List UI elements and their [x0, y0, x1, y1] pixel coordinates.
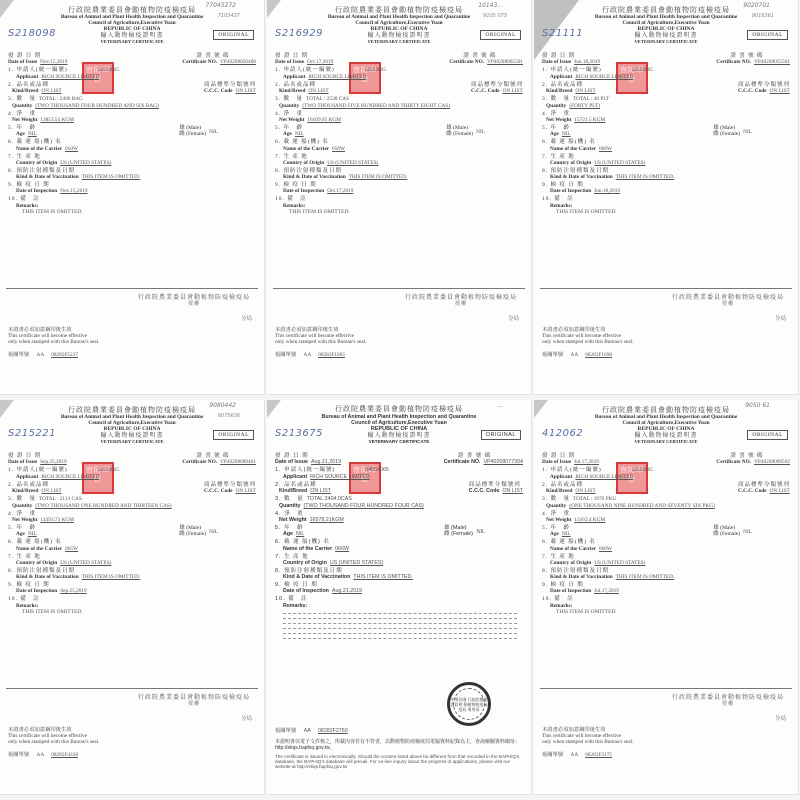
origin-label: Country of Origin	[16, 560, 57, 566]
ccc-label: C.C.C. Code	[204, 488, 233, 494]
carrier-row: 6. 載 運 船(機) 名 Name of the Carrier060W	[542, 539, 790, 552]
origin-row: 7. 生 產 地 Country of OriginUS (UNITED STA…	[275, 554, 523, 567]
certificate-body: 發 證 日 期 Date of IssueOct.17,2019 證 書 號 碼…	[275, 53, 523, 216]
cert-no-label: Certificate NO.	[449, 59, 484, 65]
serial-number: 08282F5237	[51, 352, 78, 358]
certificate-number: 證 書 號 碼 Certificate NO.VP40208088401	[182, 453, 256, 466]
date-of-issue-label: Date of Issue	[542, 59, 571, 65]
inspection-value: Aug.21,2019	[332, 588, 362, 594]
remarks-value: THIS ITEM IS OMITTED.	[22, 609, 256, 615]
inspection-label: Date of Inspection	[550, 188, 591, 194]
electronic-note-zh: 本證明書以電子文件核之，所載內容若有不符者，以動植物防疫檢疫局電腦資料紀錄為主，…	[275, 740, 523, 752]
vaccination-label: Kind & Date of Vaccination	[283, 174, 346, 180]
kind-label: Kind/Breed	[279, 488, 307, 494]
serial-label: 報關單號	[8, 352, 29, 358]
ccc-value: ON LIST	[502, 488, 523, 494]
quantity-total: TOTAL : 2406 BAG	[39, 96, 83, 102]
effective-note-en2: only when stamped with this Bureau's sea…	[275, 339, 366, 345]
applicant-id: 54554065	[365, 67, 386, 73]
header-zh: 行政院農業委員會動植物防疫檢疫局	[0, 406, 264, 414]
cert-no-value: VP40208077304	[484, 459, 523, 465]
net-weight-row: 4. 淨 重 Net Weight14393.73 KGM	[8, 511, 256, 524]
date-of-issue-value: Sep.25,2019	[40, 459, 67, 465]
original-badge: ORIGINAL	[213, 430, 254, 440]
cert-no-value: VP40208055501	[754, 59, 790, 65]
quantity-label: Quantity	[546, 503, 566, 509]
female-label: 雌 (Female)	[713, 531, 740, 537]
origin-value: US (UNITED STATES)	[60, 560, 111, 566]
serial-prefix: AA	[304, 352, 311, 358]
issue-row: 發 證 日 期 Date of IssueOct.17,2019 證 書 號 碼…	[275, 53, 523, 66]
applicant-value: RICH SOURCE LIMITED	[575, 74, 633, 80]
ccc-label: C.C.C. Code	[738, 488, 767, 494]
electronic-note-en: The certificate is issued in electronica…	[275, 754, 523, 770]
applicant-row: 1. 申請人(統一編號)54554065 ApplicantRICH SOURC…	[8, 467, 256, 481]
quantity-zh: 3. 數 量	[275, 496, 304, 502]
effective-note-en2: only when stamped with this Bureau's sea…	[8, 339, 99, 345]
vaccination-value: THIS ITEM IS OMITTED.	[82, 574, 141, 580]
age-label: Age	[283, 531, 293, 537]
ccc-value: ON LIST	[503, 88, 523, 94]
kind-label: Kind/Breed	[12, 88, 38, 94]
certificate-body: 發 證 日 期 Date of IssueSep.25,2019 證 書 號 碼…	[8, 453, 256, 616]
carrier-value: 050W	[332, 146, 345, 152]
certificate-number: 證 書 號 碼 Certificate NO.VP40208055501	[716, 53, 790, 66]
ccc-code: 商品標準分類號列 C.C.C. CodeON LIST	[738, 482, 790, 495]
age-label: Age	[550, 131, 559, 137]
sex-value: NIL	[206, 129, 218, 136]
bureau-signature-sub: 授權	[672, 702, 784, 708]
net-weight-label: Net Weight	[12, 117, 37, 123]
quantity-value: (ONE THOUSAND NINE HUNDRED AND SEVENTY S…	[569, 503, 715, 509]
sex-field: 雄 (Male) 雌 (Female)	[179, 525, 206, 538]
bureau-signature-name: 行政院農業委員會動植物防疫檢疫局	[138, 295, 250, 302]
cert-no-label: Certificate NO.	[716, 59, 751, 65]
sex-value: NIL	[474, 529, 485, 536]
certificate-body: 發 證 日 期 Date of IssueAug.21,2019 證 書 號 碼…	[275, 453, 523, 640]
veterinary-certificate-6: 412062 9050 61 行政院農業委員會動植物防疫檢疫局 Bureau o…	[534, 400, 799, 795]
customs-serial: 報關單號 AA 08282F5237	[8, 352, 78, 358]
carrier-label: Name of the Carrier	[550, 546, 596, 552]
date-of-issue-label: Date of Issue	[8, 459, 37, 465]
origin-row: 7. 生 產 地 Country of OriginUS (UNITED STA…	[542, 154, 790, 167]
quantity-row: 3. 數 量TOTAL:2404.0CAS Quantity(TWO THOUS…	[275, 496, 523, 510]
quantity-row: 3. 數 量TOTAL : 1976 PKG Quantity(ONE THOU…	[542, 496, 790, 510]
kind-value: ON LIST	[575, 488, 595, 494]
serial-prefix: AA	[571, 352, 578, 358]
applicant-label: Applicant	[550, 74, 572, 80]
date-of-issue-value: Jun.18,2019	[574, 59, 600, 65]
quantity-zh: 3. 數 量	[8, 496, 36, 502]
applicant-label: Applicant	[16, 474, 38, 480]
cert-no-value: VP40208069502	[754, 459, 790, 465]
serial-number: 08282F2750	[318, 728, 348, 734]
veterinary-certificate-2: S216929 10143... 9105 075 行政院農業委員會動植物防疫檢…	[267, 0, 532, 395]
quantity-row: 3. 數 量TOTAL : 40 PLT Quantity(FORTY PLT)	[542, 96, 790, 110]
carrier-label: Name of the Carrier	[16, 146, 62, 152]
vaccination-value: THIS ITEM IS OMITTED.	[349, 174, 408, 180]
serial-prefix: AA	[37, 352, 44, 358]
serial-prefix: AA	[304, 728, 311, 734]
age-value: NIL	[562, 131, 571, 137]
net-weight-row: 4. 淨 重 Net Weight16109.05 KGM	[275, 111, 523, 124]
serial-label: 報關單號	[8, 752, 29, 758]
bureau-signature: 行政院農業委員會動植物防疫檢疫局 授權	[138, 295, 250, 308]
ccc-code: 商品標準分類號列 C.C.C. CodeON LIST	[471, 82, 523, 95]
age-value: NIL	[28, 131, 37, 137]
ccc-label: C.C.C. Code	[738, 88, 767, 94]
issue-row: 發 證 日 期 Date of IssueJul.17,2019 證 書 號 碼…	[542, 453, 790, 466]
quantity-row: 3. 數 量TOTAL : 2406 BAG Quantity(TWO THOU…	[8, 96, 256, 110]
kind-value: ON LIST	[310, 488, 331, 494]
inspection-value: Jun.18,2019	[594, 188, 620, 194]
age-row: 5. 年 齡 AgeNIL 雄 (Male) 雌 (Female) NIL	[542, 125, 790, 138]
signature-separator	[273, 288, 525, 289]
applicant-zh: 1. 申請人(統一編號)	[275, 67, 335, 73]
certificate-number: 證 書 號 碼 Certificate NO.VP40208056400	[182, 53, 256, 66]
veterinary-certificate-4: S215221 9080442 9075636 行政院農業委員會動植物防疫檢疫局…	[0, 400, 265, 795]
applicant-id: 54554065	[632, 67, 653, 73]
original-badge: ORIGINAL	[480, 30, 521, 40]
customs-serial: 報關單號 AA 08282F3175	[542, 752, 612, 758]
origin-value: US (UNITED STATES)	[594, 160, 645, 166]
carrier-row: 6. 載 運 船(機) 名 Name of the Carrier050W	[8, 139, 256, 152]
date-of-issue-label: Date of Issue	[275, 59, 304, 65]
age-label: Age	[283, 131, 292, 137]
inspection-value: Sep.25,2019	[60, 588, 87, 594]
serial-label: 報關單號	[542, 352, 563, 358]
ccc-value: ON LIST	[770, 88, 790, 94]
quantity-total: TOTAL : 2538 CAS	[306, 96, 349, 102]
age-row: 5. 年 齡 AgeNIL 雄 (Male) 雌 (Female) NIL	[275, 125, 523, 138]
origin-value: US (UNITED STATES)	[60, 160, 111, 166]
original-badge: ORIGINAL	[481, 430, 521, 440]
vaccination-label: Kind & Date of Vaccination	[16, 174, 79, 180]
net-weight-value: 16109.05 KGM	[307, 117, 341, 123]
origin-label: Country of Origin	[550, 560, 591, 566]
kind-value: ON LIST	[41, 488, 61, 494]
vaccination-value: THIS ITEM IS OMITTED.	[353, 574, 412, 580]
sex-value: NIL	[473, 129, 485, 136]
inspection-label: Date of Inspection	[283, 188, 324, 194]
origin-value: US (UNITED STATES)	[594, 560, 645, 566]
applicant-zh: 1. 申請人(統一編號)	[542, 467, 602, 473]
certificate-body: 發 證 日 期 Date of IssueNov.15,2019 證 書 號 碼…	[8, 53, 256, 216]
vaccination-value: THIS ITEM IS OMITTED.	[82, 174, 141, 180]
quantity-label: Quantity	[12, 503, 32, 509]
cert-no-label: Certificate NO.	[182, 459, 217, 465]
kind-label: Kind/Breed	[546, 88, 572, 94]
bureau-signature-name: 行政院農業委員會動植物防疫檢疫局	[672, 695, 784, 702]
age-row: 5. 年 齡 AgeNIL 雄 (Male) 雌 (Female) NIL	[8, 125, 256, 138]
kind-label: Kind/Breed	[279, 88, 305, 94]
header-zh: 行政院農業委員會動植物防疫檢疫局	[534, 6, 798, 14]
applicant-row: 1. 申請人(統一編號)54554065 ApplicantRICH SOURC…	[275, 67, 523, 81]
electronic-note: 本證明書以電子文件核之，所載內容若有不符者，以動植物防疫檢疫局電腦資料紀錄為主，…	[275, 738, 523, 769]
net-weight-label: Net Weight	[546, 517, 571, 523]
carrier-value: 066W	[599, 146, 612, 152]
veterinary-certificate-1: S218098 77045272 7103437 行政院農業委員會動植物防疫檢疫…	[0, 0, 265, 395]
kind-row: 2. 品名或品種 Kind/BreedON LIST 商品標準分類號列 C.C.…	[275, 482, 523, 495]
applicant-value: RICH SOURCE LIMITED	[41, 74, 99, 80]
female-label: 雌 (Female)	[446, 131, 473, 137]
net-weight-row: 4. 淨 重 Net Weight16578.21KGM	[275, 511, 523, 524]
effective-note: 本證書必須加蓋鋼印後生效 This certificate will becom…	[8, 327, 99, 345]
applicant-value: RICH SOURCE LIMITED	[308, 74, 366, 80]
signature-separator	[540, 688, 792, 689]
kind-value: ON LIST	[308, 88, 328, 94]
remarks-row: 10. 備 註 Remarks: THIS ITEM IS OMITTED.	[542, 596, 790, 615]
quantity-value: (TWO THOUSAND ONE HUNDRED AND THIRTEEN C…	[35, 503, 171, 509]
effective-note-en2: only when stamped with this Bureau's sea…	[542, 339, 633, 345]
certificate-body: 發 證 日 期 Date of IssueJun.18,2019 證 書 號 碼…	[542, 53, 790, 216]
carrier-row: 6. 載 運 船(機) 名 Name of the Carrier065W	[8, 539, 256, 552]
ccc-code: 商品標準分類號列 C.C.C. CodeON LIST	[738, 82, 790, 95]
header-zh: 行政院農業委員會動植物防疫檢疫局	[0, 6, 264, 14]
branch-seal-label: 分局	[775, 316, 786, 322]
kind-row: 2. 品名或品種 Kind/BreedON LIST 商品標準分類號列 C.C.…	[542, 482, 790, 495]
quantity-total: TOTAL:2404.0CAS	[307, 496, 352, 502]
origin-row: 7. 生 產 地 Country of OriginUS (UNITED STA…	[542, 554, 790, 567]
certificate-collage: S218098 77045272 7103437 行政院農業委員會動植物防疫檢疫…	[0, 0, 800, 800]
applicant-row: 1. 申請人(統一編號)54554065 ApplicantRICH SOURC…	[542, 467, 790, 481]
carrier-value: 066W	[335, 546, 349, 552]
remarks-lines	[275, 609, 523, 639]
header-zh: 行政院農業委員會動植物防疫檢疫局	[267, 406, 531, 414]
serial-number: 08282F3175	[585, 752, 612, 758]
female-label: 雌 (Female)	[179, 531, 206, 537]
veterinary-certificate-3: S21111 9020701 9016361 行政院農業委員會動植物防疫檢疫局 …	[534, 0, 799, 395]
vaccination-value: THIS ITEM IS OMITTED.	[616, 174, 675, 180]
vaccination-row: 8. 預防注射種類及日期 Kind & Date of VaccinationT…	[8, 568, 256, 581]
customs-serial: 報關單號 AA 08282F4338	[8, 752, 78, 758]
ccc-code: 商品標準分類號列 C.C.C. CodeON LIST	[204, 82, 256, 95]
net-weight-value: 15162.4 KGM	[574, 517, 605, 523]
date-of-issue-label: Date of Issue	[275, 459, 308, 465]
applicant-zh: 1. 申請人(統一編號)	[275, 467, 335, 473]
female-label: 雌 (Female)	[713, 131, 740, 137]
carrier-value: 060W	[599, 546, 612, 552]
origin-row: 7. 生 產 地 Country of OriginUS (UNITED STA…	[8, 554, 256, 567]
issue-row: 發 證 日 期 Date of IssueSep.25,2019 證 書 號 碼…	[8, 453, 256, 466]
vaccination-row: 8. 預防注射種類及日期 Kind & Date of VaccinationT…	[275, 168, 523, 181]
applicant-id: 54554065	[365, 467, 389, 473]
issue-row: 發 證 日 期 Date of IssueAug.21,2019 證 書 號 碼…	[275, 453, 523, 466]
inspection-row: 9. 檢 疫 日 期 Date of InspectionSep.25,2019	[8, 582, 256, 595]
carrier-value: 065W	[65, 546, 78, 552]
date-of-issue-value: Nov.15,2019	[40, 59, 67, 65]
effective-note: 本證書必須加蓋鋼印後生效 This certificate will becom…	[542, 327, 633, 345]
vaccination-label: Kind & Date of Vaccination	[550, 574, 613, 580]
sex-field: 雄 (Male) 雌 (Female)	[444, 525, 473, 538]
sex-field: 雄 (Male) 雌 (Female)	[179, 125, 206, 138]
kind-row: 2. 品名或品種 Kind/BreedON LIST 商品標準分類號列 C.C.…	[8, 482, 256, 495]
quantity-label: Quantity	[12, 103, 32, 109]
sex-value: NIL	[740, 129, 752, 136]
applicant-value: RICH SOURCE LIMITED	[41, 474, 99, 480]
net-weight-row: 4. 淨 重 Net Weight13853.53 KGM	[8, 111, 256, 124]
applicant-label: Applicant	[283, 474, 307, 480]
applicant-label: Applicant	[16, 74, 38, 80]
issue-row: 發 證 日 期 Date of IssueNov.15,2019 證 書 號 碼…	[8, 53, 256, 66]
bureau-signature-name: 行政院農業委員會動植物防疫檢疫局	[405, 295, 517, 302]
quantity-total: TOTAL : 1976 PKG	[573, 496, 616, 502]
quantity-value: (TWO THOUSAND FOUR HUNDRED FOUR CAS)	[303, 503, 423, 509]
bureau-signature: 行政院農業委員會動植物防疫檢疫局 授權	[138, 695, 250, 708]
age-value: NIL	[28, 531, 37, 537]
veterinary-certificate-5: S213675 ... 行政院農業委員會動植物防疫檢疫局 Bureau of A…	[267, 400, 532, 795]
sex-value: NIL	[206, 529, 218, 536]
bureau-signature-sub: 授權	[405, 302, 517, 308]
bureau-signature: 行政院農業委員會動植物防疫檢疫局 授權	[672, 695, 784, 708]
age-row: 5. 年 齡 AgeNIL 雄 (Male) 雌 (Female) NIL	[275, 525, 523, 538]
date-of-issue-label: Date of Issue	[8, 59, 37, 65]
inspection-row: 9. 檢 疫 日 期 Date of InspectionOct.17,2019	[275, 182, 523, 195]
header-zh: 行政院農業委員會動植物防疫檢疫局	[267, 6, 531, 14]
ccc-code: 商品標準分類號列 C.C.C. CodeON LIST	[469, 482, 523, 495]
serial-label: 報關單號	[275, 352, 296, 358]
age-label: Age	[16, 531, 25, 537]
kind-value: ON LIST	[41, 88, 61, 94]
remarks-row: 10. 備 註 Remarks: THIS ITEM IS OMITTED.	[542, 196, 790, 215]
applicant-row: 1. 申請人(統一編號)54554065 ApplicantRICH SOURC…	[542, 67, 790, 81]
age-value: NIL	[562, 531, 571, 537]
customs-serial: 報關單號 AA 08282F2750	[275, 728, 348, 734]
inspection-label: Date of Inspection	[16, 588, 57, 594]
certificate-number: 證 書 號 碼 Certificate NO.VP40208065501	[449, 53, 523, 66]
remarks-row: 10. 備 註 Remarks: THIS ITEM IS OMITTED.	[275, 196, 523, 215]
quantity-zh: 3. 數 量	[8, 96, 36, 102]
net-weight-value: 15721.5 KGM	[574, 117, 605, 123]
serial-prefix: AA	[37, 752, 44, 758]
vaccination-label: Kind & Date of Vaccination	[550, 174, 613, 180]
sex-field: 雄 (Male) 雌 (Female)	[713, 125, 740, 138]
effective-note: 本證書必須加蓋鋼印後生效 This certificate will becom…	[8, 727, 99, 745]
quantity-zh: 3. 數 量	[275, 96, 303, 102]
net-weight-label: Net Weight	[279, 117, 304, 123]
net-weight-label: Net Weight	[12, 517, 37, 523]
age-value: NIL	[295, 131, 304, 137]
signature-separator	[540, 288, 792, 289]
bureau-signature: 行政院農業委員會動植物防疫檢疫局 授權	[672, 295, 784, 308]
remarks-value: THIS ITEM IS OMITTED.	[556, 609, 790, 615]
net-weight-value: 13853.53 KGM	[40, 117, 74, 123]
cert-no-label: Certificate NO.	[182, 59, 217, 65]
inspection-label: Date of Inspection	[550, 588, 591, 594]
issue-row: 發 證 日 期 Date of IssueJun.18,2019 證 書 號 碼…	[542, 53, 790, 66]
origin-label: Country of Origin	[16, 160, 57, 166]
female-label: 雌 (Female)	[444, 531, 473, 537]
remarks-row: 10. 備 註 Remarks:	[275, 596, 523, 638]
branch-seal-label: 分局	[241, 316, 252, 322]
origin-value: US (UNITED STATES)	[327, 160, 378, 166]
signature-separator	[6, 288, 258, 289]
inspection-value: Nov.15,2019	[60, 188, 87, 194]
inspection-label: Date of Inspection	[16, 188, 57, 194]
age-label: Age	[16, 131, 25, 137]
quantity-value: (TWO THOUSAND FIVE HUNDRED AND THIRTY EI…	[302, 103, 450, 109]
ccc-label: C.C.C. Code	[469, 488, 500, 494]
customs-serial: 報關單號 AA 08282F1065	[275, 352, 345, 358]
certificate-body: 發 證 日 期 Date of IssueJul.17,2019 證 書 號 碼…	[542, 453, 790, 616]
quantity-label: Quantity	[279, 503, 300, 509]
quantity-zh: 3. 數 量	[542, 496, 570, 502]
effective-note: 本證書必須加蓋鋼印後生效 This certificate will becom…	[542, 727, 633, 745]
quantity-row: 3. 數 量TOTAL : 2113 CAS Quantity(TWO THOU…	[8, 496, 256, 510]
bureau-signature-name: 行政院農業委員會動植物防疫檢疫局	[672, 295, 784, 302]
inspection-row: 9. 檢 疫 日 期 Date of InspectionNov.15,2019	[8, 182, 256, 195]
applicant-zh: 1. 申請人(統一編號)	[542, 67, 602, 73]
inspection-row: 9. 檢 疫 日 期 Date of InspectionJun.18,2019	[542, 182, 790, 195]
round-official-seal: 中華民國 行政院農業委員會 動植物防疫檢疫局 專用章	[447, 682, 491, 726]
quantity-label: Quantity	[546, 103, 566, 109]
carrier-value: 050W	[65, 146, 78, 152]
quantity-total: TOTAL : 2113 CAS	[39, 496, 82, 502]
kind-value: ON LIST	[575, 88, 595, 94]
origin-row: 7. 生 產 地 Country of OriginUS (UNITED STA…	[8, 154, 256, 167]
certificate-number: 證 書 號 碼 Certificate NO.VP40208077304	[444, 453, 523, 466]
certificate-number: 證 書 號 碼 Certificate NO.VP40208069502	[716, 453, 790, 466]
serial-prefix: AA	[571, 752, 578, 758]
carrier-label: Name of the Carrier	[283, 546, 332, 552]
customs-serial: 報關單號 AA 08282F1698	[542, 352, 612, 358]
carrier-label: Name of the Carrier	[283, 146, 329, 152]
cert-no-value: VP40208056400	[220, 59, 256, 65]
bureau-signature-sub: 授權	[672, 302, 784, 308]
ccc-code: 商品標準分類號列 C.C.C. CodeON LIST	[204, 482, 256, 495]
quantity-zh: 3. 數 量	[542, 96, 570, 102]
sex-field: 雄 (Male) 雌 (Female)	[446, 125, 473, 138]
remarks-value: THIS ITEM IS OMITTED.	[556, 209, 790, 215]
serial-number: 08282F4338	[51, 752, 78, 758]
bureau-signature-sub: 授權	[138, 702, 250, 708]
remarks-row: 10. 備 註 Remarks: THIS ITEM IS OMITTED.	[8, 596, 256, 615]
inspection-label: Date of Inspection	[283, 588, 329, 594]
remarks-line	[283, 634, 517, 639]
kind-row: 2. 品名或品種 Kind/BreedON LIST 商品標準分類號列 C.C.…	[8, 82, 256, 95]
cert-no-value: VP40208088401	[220, 459, 256, 465]
vaccination-row: 8. 預防注射種類及日期 Kind & Date of VaccinationT…	[542, 568, 790, 581]
quantity-total: TOTAL : 40 PLT	[573, 96, 609, 102]
ccc-label: C.C.C. Code	[471, 88, 500, 94]
serial-label: 報關單號	[542, 752, 563, 758]
kind-row: 2. 品名或品種 Kind/BreedON LIST 商品標準分類號列 C.C.…	[542, 82, 790, 95]
applicant-zh: 1. 申請人(統一編號)	[8, 67, 68, 73]
carrier-row: 6. 載 運 船(機) 名 Name of the Carrier050W	[275, 139, 523, 152]
net-weight-value: 14393.73 KGM	[40, 517, 74, 523]
applicant-zh: 1. 申請人(統一編號)	[8, 467, 68, 473]
serial-label: 報關單號	[275, 728, 296, 734]
original-badge: ORIGINAL	[213, 30, 254, 40]
vaccination-label: Kind & Date of Vaccination	[16, 574, 79, 580]
female-label: 雌 (Female)	[179, 131, 206, 137]
age-row: 5. 年 齡 AgeNIL 雄 (Male) 雌 (Female) NIL	[542, 525, 790, 538]
bureau-signature-sub: 授權	[138, 302, 250, 308]
applicant-id: 54554065	[98, 467, 119, 473]
date-of-issue-label: Date of Issue	[542, 459, 571, 465]
net-weight-label: Net Weight	[279, 517, 307, 523]
bureau-signature-name: 行政院農業委員會動植物防疫檢疫局	[138, 695, 250, 702]
effective-note: 本證書必須加蓋鋼印後生效 This certificate will becom…	[275, 327, 366, 345]
inspection-row: 9. 檢 疫 日 期 Date of InspectionAug.21,2019	[275, 582, 523, 595]
date-of-issue-value: Aug.21,2019	[311, 459, 341, 465]
age-label: Age	[550, 531, 559, 537]
vaccination-row: 8. 預防注射種類及日期 Kind & Date of VaccinationT…	[542, 168, 790, 181]
sex-field: 雄 (Male) 雌 (Female)	[713, 525, 740, 538]
kind-label: Kind/Breed	[12, 488, 38, 494]
inspection-value: Jul.17,2019	[594, 588, 619, 594]
origin-label: Country of Origin	[283, 160, 324, 166]
